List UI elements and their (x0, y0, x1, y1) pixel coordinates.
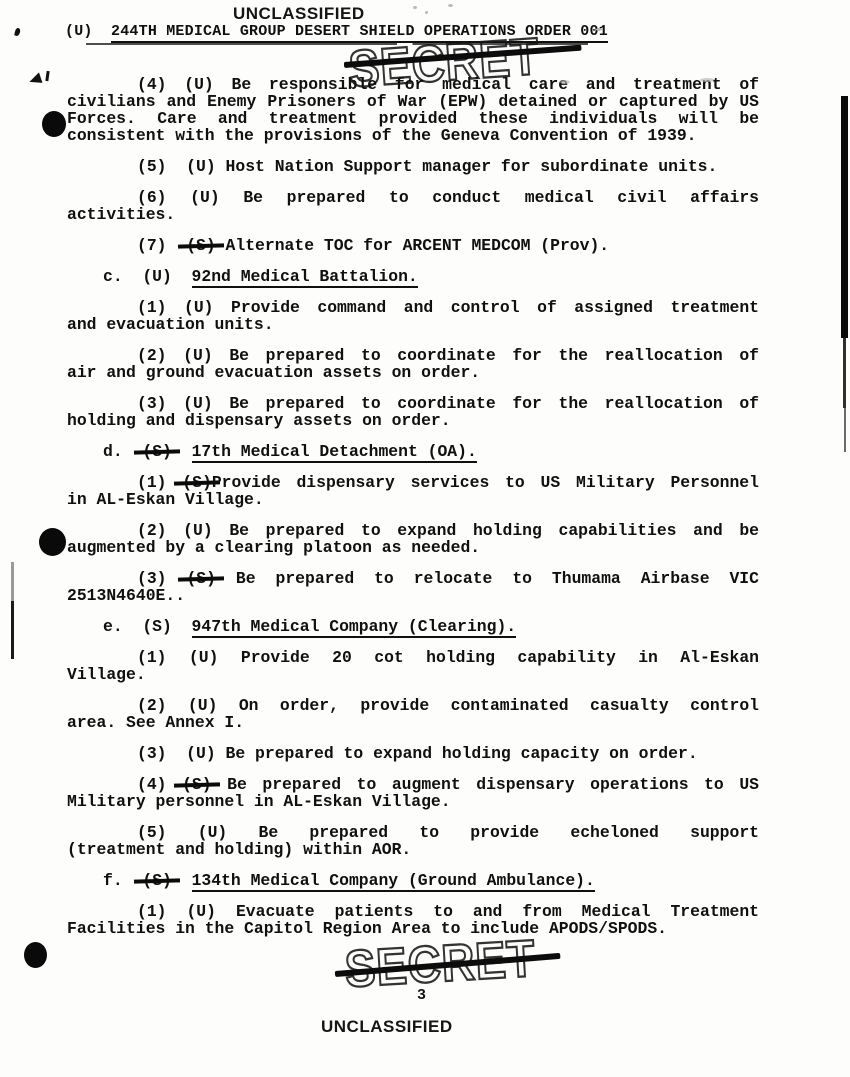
body-text: 2513N4640E.. (67, 586, 185, 605)
paragraph: (3) (U) Be prepared to coordinate for th… (67, 395, 759, 429)
scan-speck-mark (28, 72, 43, 86)
body-line: d. (S) 17th Medical Detachment (OA). (67, 443, 759, 460)
body-line: (1) (U) Provide 20 cot holding capabilit… (67, 649, 759, 666)
paragraph: (5) (U) Host Nation Support manager for … (67, 158, 759, 175)
body-line: Military personnel in AL-Eskan Village. (67, 793, 759, 810)
scan-edge-bar (844, 408, 846, 452)
scan-margin-line (11, 562, 14, 659)
scan-edge-bar (843, 338, 846, 408)
body-line: (1) (S)Provide dispensary services to US… (67, 474, 759, 491)
paragraph: (1) (S)Provide dispensary services to US… (67, 474, 759, 508)
paragraph: (2) (U) On order, provide contaminated c… (67, 697, 759, 731)
body-line: (5) (U) Be prepared to provide echeloned… (67, 824, 759, 841)
body-line: civilians and Enemy Prisoners of War (EP… (67, 93, 759, 110)
paragraph: (2) (U) Be prepared to coordinate for th… (67, 347, 759, 381)
body-line: 2513N4640E.. (67, 587, 759, 604)
struck-classification-marking: (S) (182, 776, 212, 793)
unit-designation: 17th Medical Detachment (OA). (192, 442, 477, 463)
body-text: (3) (U) Be prepared to expand holding ca… (137, 744, 698, 763)
body-line: (1) (U) Evacuate patients to and from Me… (67, 903, 759, 920)
body-line: f. (S) 134th Medical Company (Ground Amb… (67, 872, 759, 889)
struck-classification-marking: (S) (186, 570, 216, 587)
body-text: in AL-Eskan Village. (67, 490, 264, 509)
body-line: (7) (S) Alternate TOC for ARCENT MEDCOM … (67, 237, 759, 254)
body-line: e. (S) 947th Medical Company (Clearing). (67, 618, 759, 635)
body-text: Facilities in the Capitol Region Area to… (67, 919, 667, 938)
body-line: c. (U) 92nd Medical Battalion. (67, 268, 759, 285)
struck-classification-marking: (S) (142, 872, 172, 889)
body-text: area. See Annex I. (67, 713, 244, 732)
body-text: (treatment and holding) within AOR. (67, 840, 411, 859)
body-line: (3) (S) Be prepared to relocate to Thuma… (67, 570, 759, 587)
paragraph: (3) (S) Be prepared to relocate to Thuma… (67, 570, 759, 604)
body-text: (5) (U) Host Nation Support manager for … (137, 157, 717, 176)
paragraph: (1) (U) Provide command and control of a… (67, 299, 759, 333)
paragraph: d. (S) 17th Medical Detachment (OA). (67, 443, 759, 460)
scan-noise-dot (560, 80, 570, 84)
paragraph: c. (U) 92nd Medical Battalion. (67, 268, 759, 285)
body-text: air and ground evacuation assets on orde… (67, 363, 480, 382)
unit-designation: 92nd Medical Battalion. (192, 267, 418, 288)
body-text: consistent with the provisions of the Ge… (67, 126, 697, 145)
body-line: (2) (U) On order, provide contaminated c… (67, 697, 759, 714)
title-classification-marking: (U) (65, 23, 111, 40)
paragraph: e. (S) 947th Medical Company (Clearing). (67, 618, 759, 635)
scan-edge-bar (841, 96, 848, 338)
scan-noise-dot (700, 78, 714, 82)
body-line: and evacuation units. (67, 316, 759, 333)
body-text: Be prepared to relocate to Thumama Airba… (216, 569, 759, 588)
body-line: Forces. Care and treatment provided thes… (67, 110, 759, 127)
page-number: 3 (417, 987, 426, 1004)
body-line: (1) (U) Provide command and control of a… (67, 299, 759, 316)
body-text: activities. (67, 205, 175, 224)
body-text: Alternate TOC for ARCENT MEDCOM (Prov). (216, 236, 609, 255)
body-line: holding and dispensary assets on order. (67, 412, 759, 429)
paragraph: (1) (U) Evacuate patients to and from Me… (67, 903, 759, 937)
scan-speck-mark (45, 71, 49, 81)
body-text: holding and dispensary assets on order. (67, 411, 451, 430)
body-text: and evacuation units. (67, 315, 274, 334)
scan-noise-dot (596, 28, 602, 31)
body-line: air and ground evacuation assets on orde… (67, 364, 759, 381)
body-line: area. See Annex I. (67, 714, 759, 731)
body-line: augmented by a clearing platoon as neede… (67, 539, 759, 556)
paragraph: (6) (U) Be prepared to conduct medical c… (67, 189, 759, 223)
paragraph: f. (S) 134th Medical Company (Ground Amb… (67, 872, 759, 889)
scan-noise-dot (448, 4, 453, 7)
hole-punch-mark (39, 528, 66, 556)
body-line: (6) (U) Be prepared to conduct medical c… (67, 189, 759, 206)
body-line: Village. (67, 666, 759, 683)
paragraph: (2) (U) Be prepared to expand holding ca… (67, 522, 759, 556)
hole-punch-mark (24, 942, 47, 968)
body-text: Military personnel in AL-Eskan Village. (67, 792, 451, 811)
body-text: e. (S) (103, 617, 192, 636)
body-line: (3) (U) Be prepared to coordinate for th… (67, 395, 759, 412)
paragraph: (4) (S) Be prepared to augment dispensar… (67, 776, 759, 810)
body-line: consistent with the provisions of the Ge… (67, 127, 759, 144)
unit-designation: 947th Medical Company (Clearing). (192, 617, 517, 638)
paragraph: (5) (U) Be prepared to provide echeloned… (67, 824, 759, 858)
paragraph: (3) (U) Be prepared to expand holding ca… (67, 745, 759, 762)
document-body: (4) (U) Be responsible for medical care … (67, 76, 759, 951)
hole-punch-mark (42, 111, 66, 137)
paragraph: (4) (U) Be responsible for medical care … (67, 76, 759, 144)
body-text: Village. (67, 665, 146, 684)
footer-classification: UNCLASSIFIED (321, 1017, 453, 1037)
body-line: in AL-Eskan Village. (67, 491, 759, 508)
body-text: Provide dispensary services to US Milita… (212, 473, 759, 492)
body-line: Facilities in the Capitol Region Area to… (67, 920, 759, 937)
struck-classification-marking: (S) (142, 443, 172, 460)
body-text: augmented by a clearing platoon as neede… (67, 538, 480, 557)
unit-designation: 134th Medical Company (Ground Ambulance)… (192, 871, 595, 892)
scan-noise-dot (413, 6, 417, 9)
body-line: (3) (U) Be prepared to expand holding ca… (67, 745, 759, 762)
body-line: (5) (U) Host Nation Support manager for … (67, 158, 759, 175)
body-text: c. (U) (103, 267, 192, 286)
scan-noise-dot (425, 11, 428, 14)
paragraph: (7) (S) Alternate TOC for ARCENT MEDCOM … (67, 237, 759, 254)
body-line: (2) (U) Be prepared to coordinate for th… (67, 347, 759, 364)
paragraph: (1) (U) Provide 20 cot holding capabilit… (67, 649, 759, 683)
body-text: (1) (U) Provide 20 cot holding capabilit… (137, 648, 759, 667)
struck-classification-marking: (S) (182, 474, 212, 491)
body-line: (4) (U) Be responsible for medical care … (67, 76, 759, 93)
scan-speck-mark (14, 28, 21, 37)
body-line: activities. (67, 206, 759, 223)
scanned-document-page: UNCLASSIFIED (U) 244TH MEDICAL GROUP DES… (0, 0, 850, 1077)
header-classification: UNCLASSIFIED (233, 4, 365, 24)
struck-classification-marking: (S) (186, 237, 216, 254)
body-line: (4) (S) Be prepared to augment dispensar… (67, 776, 759, 793)
body-text: (6) (U) Be prepared to conduct medical c… (137, 188, 759, 207)
body-line: (2) (U) Be prepared to expand holding ca… (67, 522, 759, 539)
body-line: (treatment and holding) within AOR. (67, 841, 759, 858)
